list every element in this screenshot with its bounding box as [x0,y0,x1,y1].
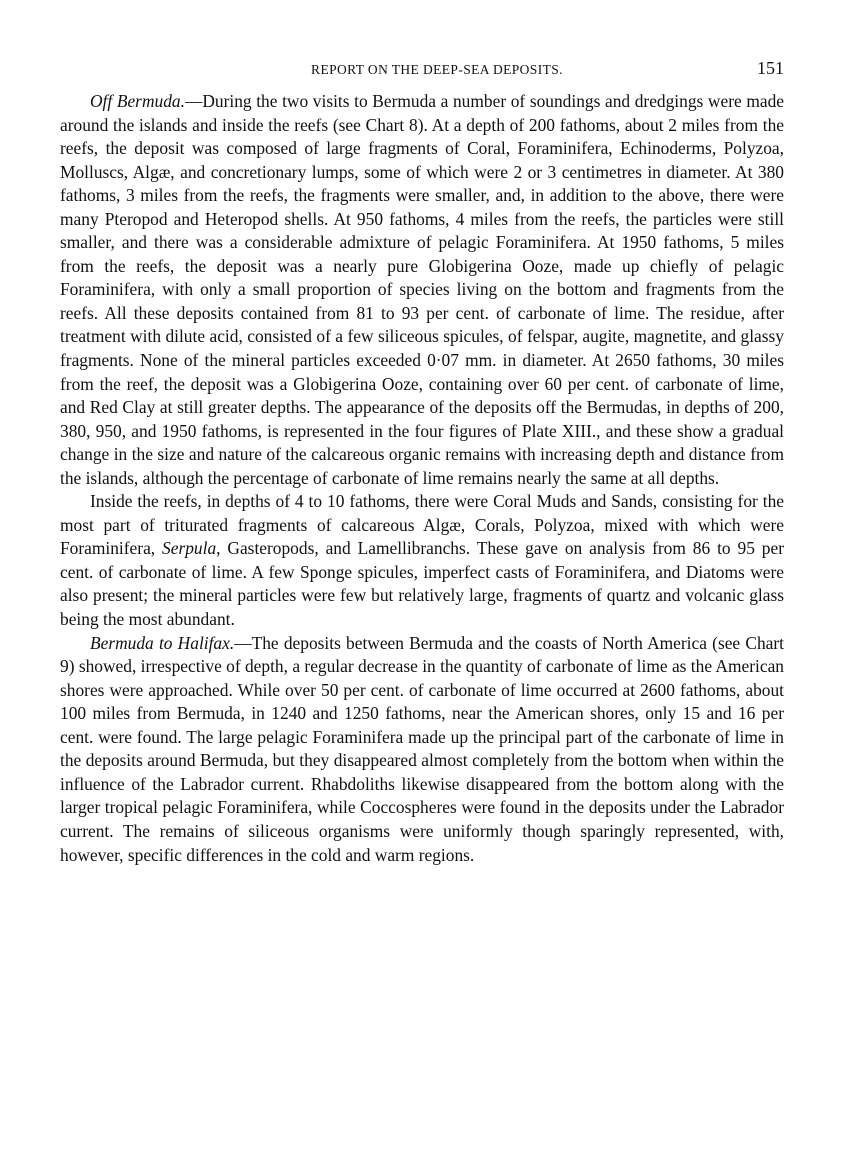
body-text: Off Bermuda.—During the two visits to Be… [60,90,784,867]
paragraph-inside-reefs: Inside the reefs, in depths of 4 to 10 f… [60,490,784,631]
italic-term-serpula: Serpula [162,538,216,558]
document-page: REPORT ON THE DEEP-SEA DEPOSITS. 151 Off… [60,58,784,867]
section-heading-off-bermuda: Off Bermuda. [90,91,185,111]
paragraph-text: —During the two visits to Bermuda a numb… [60,91,784,488]
section-heading-bermuda-to-halifax: Bermuda to Halifax. [90,633,234,653]
paragraph-bermuda-to-halifax: Bermuda to Halifax.—The deposits between… [60,632,784,867]
page-number: 151 [757,58,784,79]
running-title: REPORT ON THE DEEP-SEA DEPOSITS. [60,62,784,78]
running-header: REPORT ON THE DEEP-SEA DEPOSITS. 151 [60,58,784,88]
paragraph-off-bermuda: Off Bermuda.—During the two visits to Be… [60,90,784,490]
paragraph-text: —The deposits between Bermuda and the co… [60,633,784,865]
